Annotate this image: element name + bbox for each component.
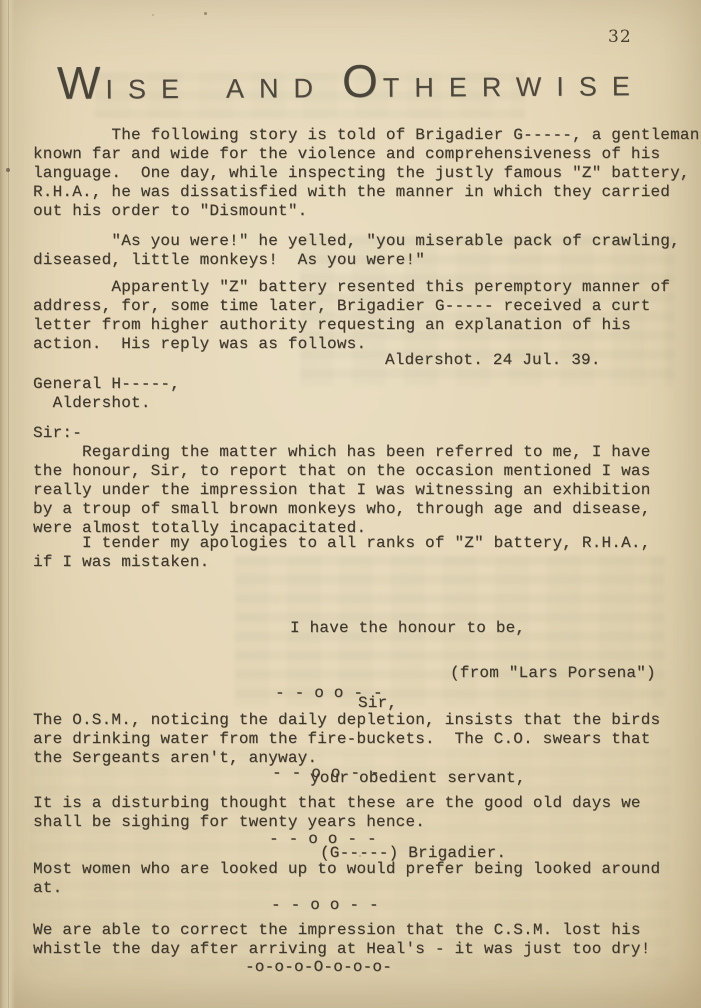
- title-word3-rest: THERWISE: [383, 71, 645, 104]
- paper-speck: [6, 168, 10, 172]
- section-divider: - - o o - -: [275, 684, 383, 703]
- title-initial-w: W: [57, 60, 101, 106]
- page-number: 32: [608, 27, 632, 47]
- paper-speck: [204, 12, 207, 15]
- paper-speck: [152, 14, 154, 16]
- joke-paragraph-3: Most women who are looked up to would pr…: [33, 860, 660, 898]
- page-edge-line: [8, 0, 9, 1008]
- page-title: WISE AND OTHERWISE: [57, 56, 645, 106]
- section-divider: - - o o - -: [269, 830, 377, 849]
- scanned-page: 32 WISE AND OTHERWISE The following stor…: [0, 0, 701, 1008]
- signoff-line-1: I have the honour to be,: [290, 616, 526, 641]
- letter-attribution: (from "Lars Porsena"): [450, 664, 656, 683]
- story-paragraph-1: The following story is told of Brigadier…: [33, 126, 700, 221]
- end-of-page-divider: -o-o-o-O-o-o-o-: [245, 958, 392, 977]
- title-initial-o: O: [342, 58, 378, 104]
- joke-paragraph-1: The O.S.M., noticing the daily depletion…: [33, 711, 660, 768]
- story-paragraph-3: Apparently "Z" battery resented this per…: [33, 278, 670, 354]
- letter-body: Regarding the matter which has been refe…: [33, 443, 651, 538]
- letter-salutation: Sir:-: [33, 424, 82, 443]
- section-divider: - - o o - -: [272, 764, 380, 783]
- letter-address: General H-----, Aldershot.: [33, 375, 180, 413]
- title-word2: AND: [226, 73, 328, 105]
- story-paragraph-2: "As you were!" he yelled, "you miserable…: [33, 232, 680, 270]
- title-word1-rest: ISE: [105, 74, 194, 106]
- letter-dateline: Aldershot. 24 Jul. 39.: [385, 351, 601, 370]
- section-divider: - - o o - -: [271, 896, 379, 915]
- joke-paragraph-2: It is a disturbing thought that these ar…: [33, 794, 641, 832]
- joke-paragraph-4: We are able to correct the impression th…: [33, 921, 651, 959]
